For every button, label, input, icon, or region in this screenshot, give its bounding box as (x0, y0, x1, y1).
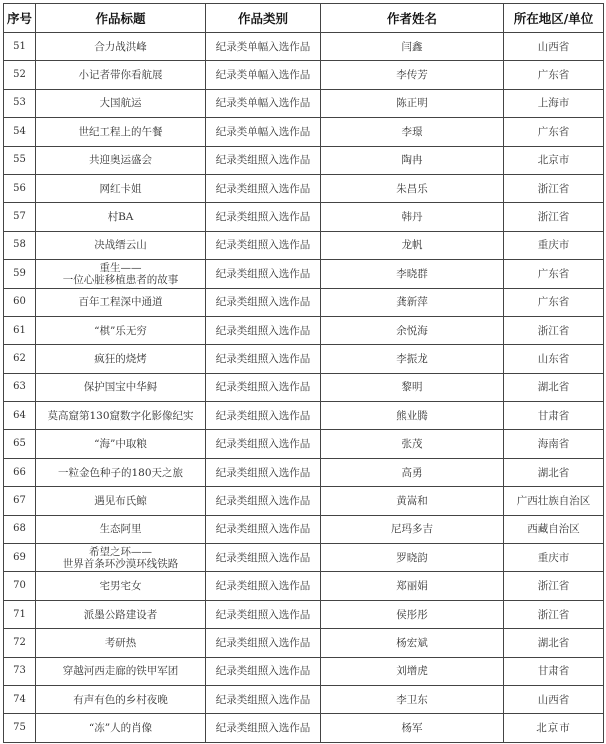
row-region: 广东省 (504, 288, 604, 316)
row-title: 考研热 (36, 629, 206, 657)
row-title-line1: “棋”乐无穷 (94, 325, 147, 337)
row-title-line1: 决战缙云山 (94, 239, 147, 251)
row-title-line1: 一粒金色种子的180天之旅 (58, 467, 183, 479)
row-author: 杨宏斌 (321, 629, 504, 657)
row-title: 穿越河西走廊的铁甲军团 (36, 657, 206, 685)
table-row: 71派墨公路建设者纪录类组照入选作品侯彤彤浙江省 (4, 600, 604, 628)
row-title-line1: 遇见布氏鲸 (94, 495, 147, 507)
row-title: 大国航运 (36, 89, 206, 117)
header-row: 序号 作品标题 作品类别 作者姓名 所在地区/单位 (4, 4, 604, 33)
row-category: 纪录类组照入选作品 (206, 260, 321, 288)
row-region: 山西省 (504, 685, 604, 713)
row-title-line1: 共迎奥运盛会 (89, 154, 152, 166)
row-author: 尼玛多吉 (321, 515, 504, 543)
row-number: 73 (4, 657, 36, 685)
row-title-line1: 派墨公路建设者 (84, 609, 158, 621)
row-region: 北京市 (504, 714, 604, 742)
row-title-line1: 村BA (108, 211, 134, 223)
table-row: 62疯狂的烧烤纪录类组照入选作品李振龙山东省 (4, 345, 604, 373)
row-title-line2: 一位心脏移植患者的故事 (38, 274, 203, 286)
table-row: 63保护国宝中华鲟纪录类组照入选作品黎明湖北省 (4, 373, 604, 401)
row-category: 纪录类组照入选作品 (206, 487, 321, 515)
row-title: 有声有色的乡村夜晚 (36, 685, 206, 713)
row-region: 西藏自治区 (504, 515, 604, 543)
row-title-line1: 莫高窟第130窟数字化影像纪实 (47, 410, 193, 422)
row-title: “海”中取粮 (36, 430, 206, 458)
row-number: 63 (4, 373, 36, 401)
row-number: 51 (4, 33, 36, 61)
row-title-line1: “冻”人的肖像 (89, 722, 152, 734)
table-row: 56网红卡姐纪录类组照入选作品朱昌乐浙江省 (4, 174, 604, 202)
table-row: 68生态阿里纪录类组照入选作品尼玛多吉西藏自治区 (4, 515, 604, 543)
row-region: 湖北省 (504, 458, 604, 486)
row-region: 广西壮族自治区 (504, 487, 604, 515)
row-author: 余悦海 (321, 316, 504, 344)
row-author: 李传芳 (321, 61, 504, 89)
row-title-line1: 网红卡姐 (100, 183, 142, 195)
table-row: 58决战缙云山纪录类组照入选作品龙帆重庆市 (4, 231, 604, 259)
row-author: 龙帆 (321, 231, 504, 259)
row-region: 广东省 (504, 61, 604, 89)
header-category: 作品类别 (206, 4, 321, 33)
row-title: 百年工程深中通道 (36, 288, 206, 316)
row-category: 纪录类组照入选作品 (206, 203, 321, 231)
row-author: 李卫东 (321, 685, 504, 713)
row-author: 陈正明 (321, 89, 504, 117)
row-category: 纪录类组照入选作品 (206, 174, 321, 202)
row-title-line1: 考研热 (105, 637, 137, 649)
row-category: 纪录类组照入选作品 (206, 515, 321, 543)
row-category: 纪录类组照入选作品 (206, 146, 321, 174)
row-category: 纪录类组照入选作品 (206, 345, 321, 373)
row-title-line1: 生态阿里 (100, 523, 142, 535)
row-category: 纪录类组照入选作品 (206, 430, 321, 458)
table-row: 64莫高窟第130窟数字化影像纪实纪录类组照入选作品熊业腾甘肃省 (4, 402, 604, 430)
row-category: 纪录类组照入选作品 (206, 458, 321, 486)
row-region: 重庆市 (504, 231, 604, 259)
row-category: 纪录类单幅入选作品 (206, 118, 321, 146)
row-number: 55 (4, 146, 36, 174)
table-row: 60百年工程深中通道纪录类组照入选作品龚新萍广东省 (4, 288, 604, 316)
row-region: 浙江省 (504, 203, 604, 231)
row-category: 纪录类组照入选作品 (206, 572, 321, 600)
row-region: 山西省 (504, 33, 604, 61)
row-number: 66 (4, 458, 36, 486)
row-category: 纪录类组照入选作品 (206, 288, 321, 316)
row-region: 湖北省 (504, 373, 604, 401)
row-number: 61 (4, 316, 36, 344)
header-number: 序号 (4, 4, 36, 33)
row-category: 纪录类组照入选作品 (206, 544, 321, 572)
row-category: 纪录类组照入选作品 (206, 685, 321, 713)
row-category: 纪录类组照入选作品 (206, 231, 321, 259)
row-author: 龚新萍 (321, 288, 504, 316)
row-title: “冻”人的肖像 (36, 714, 206, 742)
row-number: 60 (4, 288, 36, 316)
row-region: 北京市 (504, 146, 604, 174)
row-number: 70 (4, 572, 36, 600)
row-title: 共迎奥运盛会 (36, 146, 206, 174)
row-category: 纪录类组照入选作品 (206, 714, 321, 742)
table-row: 57村BA纪录类组照入选作品韩丹浙江省 (4, 203, 604, 231)
row-title: 生态阿里 (36, 515, 206, 543)
row-number: 68 (4, 515, 36, 543)
row-number: 72 (4, 629, 36, 657)
row-title-line1: 疯狂的烧烤 (94, 353, 147, 365)
row-title-line1: 重生—— (38, 262, 203, 274)
row-author: 李璟 (321, 118, 504, 146)
row-title-line1: 有声有色的乡村夜晚 (73, 694, 168, 706)
row-region: 浙江省 (504, 174, 604, 202)
row-author: 侯彤彤 (321, 600, 504, 628)
table-row: 59重生——一位心脏移植患者的故事纪录类组照入选作品李晓群广东省 (4, 260, 604, 288)
row-region: 甘肃省 (504, 402, 604, 430)
row-title-line1: 大国航运 (100, 97, 142, 109)
row-number: 58 (4, 231, 36, 259)
row-category: 纪录类组照入选作品 (206, 316, 321, 344)
row-number: 62 (4, 345, 36, 373)
row-author: 刘增虎 (321, 657, 504, 685)
row-author: 郑丽娟 (321, 572, 504, 600)
table-row: 52小记者带你看航展纪录类单幅入选作品李传芳广东省 (4, 61, 604, 89)
row-region: 山东省 (504, 345, 604, 373)
row-author: 杨军 (321, 714, 504, 742)
table-row: 70宅男宅女纪录类组照入选作品郑丽娟浙江省 (4, 572, 604, 600)
row-region: 广东省 (504, 260, 604, 288)
row-title: 莫高窟第130窟数字化影像纪实 (36, 402, 206, 430)
row-title: 世纪工程上的午餐 (36, 118, 206, 146)
row-title: 小记者带你看航展 (36, 61, 206, 89)
header-region: 所在地区/单位 (504, 4, 604, 33)
row-title-line1: “海”中取粮 (94, 438, 147, 450)
row-title-line1: 穿越河西走廊的铁甲军团 (63, 665, 179, 677)
row-region: 浙江省 (504, 600, 604, 628)
row-number: 65 (4, 430, 36, 458)
row-title: “棋”乐无穷 (36, 316, 206, 344)
row-author: 闫鑫 (321, 33, 504, 61)
row-author: 黄嵩和 (321, 487, 504, 515)
row-author: 黎明 (321, 373, 504, 401)
row-region: 海南省 (504, 430, 604, 458)
row-title-line1: 保护国宝中华鲟 (84, 381, 158, 393)
row-author: 张茂 (321, 430, 504, 458)
row-author: 高勇 (321, 458, 504, 486)
row-category: 纪录类单幅入选作品 (206, 89, 321, 117)
row-region: 浙江省 (504, 316, 604, 344)
row-number: 75 (4, 714, 36, 742)
row-number: 52 (4, 61, 36, 89)
row-category: 纪录类组照入选作品 (206, 402, 321, 430)
row-number: 53 (4, 89, 36, 117)
row-category: 纪录类组照入选作品 (206, 629, 321, 657)
row-region: 湖北省 (504, 629, 604, 657)
row-author: 熊业腾 (321, 402, 504, 430)
row-number: 74 (4, 685, 36, 713)
row-region: 广东省 (504, 118, 604, 146)
row-title: 网红卡姐 (36, 174, 206, 202)
row-number: 57 (4, 203, 36, 231)
row-author: 韩丹 (321, 203, 504, 231)
row-title: 保护国宝中华鲟 (36, 373, 206, 401)
row-title-line1: 希望之环—— (38, 546, 203, 558)
table-row: 67遇见布氏鲸纪录类组照入选作品黄嵩和广西壮族自治区 (4, 487, 604, 515)
entries-table: 序号 作品标题 作品类别 作者姓名 所在地区/单位 51合力战洪峰纪录类单幅入选… (3, 3, 604, 743)
row-number: 64 (4, 402, 36, 430)
row-title: 希望之环——世界首条环沙漠环线铁路 (36, 544, 206, 572)
row-title: 村BA (36, 203, 206, 231)
row-number: 59 (4, 260, 36, 288)
table-row: 66一粒金色种子的180天之旅纪录类组照入选作品高勇湖北省 (4, 458, 604, 486)
row-author: 朱昌乐 (321, 174, 504, 202)
table-row: 65“海”中取粮纪录类组照入选作品张茂海南省 (4, 430, 604, 458)
row-title-line1: 合力战洪峰 (94, 41, 147, 53)
row-category: 纪录类组照入选作品 (206, 657, 321, 685)
table-row: 75“冻”人的肖像纪录类组照入选作品杨军北京市 (4, 714, 604, 742)
table-row: 69希望之环——世界首条环沙漠环线铁路纪录类组照入选作品罗晓韵重庆市 (4, 544, 604, 572)
row-region: 重庆市 (504, 544, 604, 572)
row-title: 一粒金色种子的180天之旅 (36, 458, 206, 486)
row-author: 陶冉 (321, 146, 504, 174)
row-number: 56 (4, 174, 36, 202)
header-title: 作品标题 (36, 4, 206, 33)
table-row: 51合力战洪峰纪录类单幅入选作品闫鑫山西省 (4, 33, 604, 61)
row-title-line1: 小记者带你看航展 (79, 69, 163, 81)
header-author: 作者姓名 (321, 4, 504, 33)
row-title: 宅男宅女 (36, 572, 206, 600)
row-title-line2: 世界首条环沙漠环线铁路 (38, 558, 203, 570)
row-title: 决战缙云山 (36, 231, 206, 259)
row-category: 纪录类组照入选作品 (206, 373, 321, 401)
row-category: 纪录类单幅入选作品 (206, 33, 321, 61)
table-row: 74有声有色的乡村夜晚纪录类组照入选作品李卫东山西省 (4, 685, 604, 713)
table-row: 73穿越河西走廊的铁甲军团纪录类组照入选作品刘增虎甘肃省 (4, 657, 604, 685)
row-number: 71 (4, 600, 36, 628)
row-author: 罗晓韵 (321, 544, 504, 572)
row-title: 合力战洪峰 (36, 33, 206, 61)
row-title: 疯狂的烧烤 (36, 345, 206, 373)
row-author: 李振龙 (321, 345, 504, 373)
table-row: 54世纪工程上的午餐纪录类单幅入选作品李璟广东省 (4, 118, 604, 146)
row-region: 甘肃省 (504, 657, 604, 685)
row-category: 纪录类单幅入选作品 (206, 61, 321, 89)
row-title: 重生——一位心脏移植患者的故事 (36, 260, 206, 288)
row-number: 67 (4, 487, 36, 515)
table-row: 72考研热纪录类组照入选作品杨宏斌湖北省 (4, 629, 604, 657)
row-region: 上海市 (504, 89, 604, 117)
row-title: 派墨公路建设者 (36, 600, 206, 628)
row-title: 遇见布氏鲸 (36, 487, 206, 515)
row-title-line1: 百年工程深中通道 (79, 296, 163, 308)
row-region: 浙江省 (504, 572, 604, 600)
row-number: 54 (4, 118, 36, 146)
table-row: 61“棋”乐无穷纪录类组照入选作品余悦海浙江省 (4, 316, 604, 344)
table-row: 53大国航运纪录类单幅入选作品陈正明上海市 (4, 89, 604, 117)
table-row: 55共迎奥运盛会纪录类组照入选作品陶冉北京市 (4, 146, 604, 174)
row-category: 纪录类组照入选作品 (206, 600, 321, 628)
row-title-line1: 宅男宅女 (100, 580, 142, 592)
row-title-line1: 世纪工程上的午餐 (79, 126, 163, 138)
row-number: 69 (4, 544, 36, 572)
row-author: 李晓群 (321, 260, 504, 288)
